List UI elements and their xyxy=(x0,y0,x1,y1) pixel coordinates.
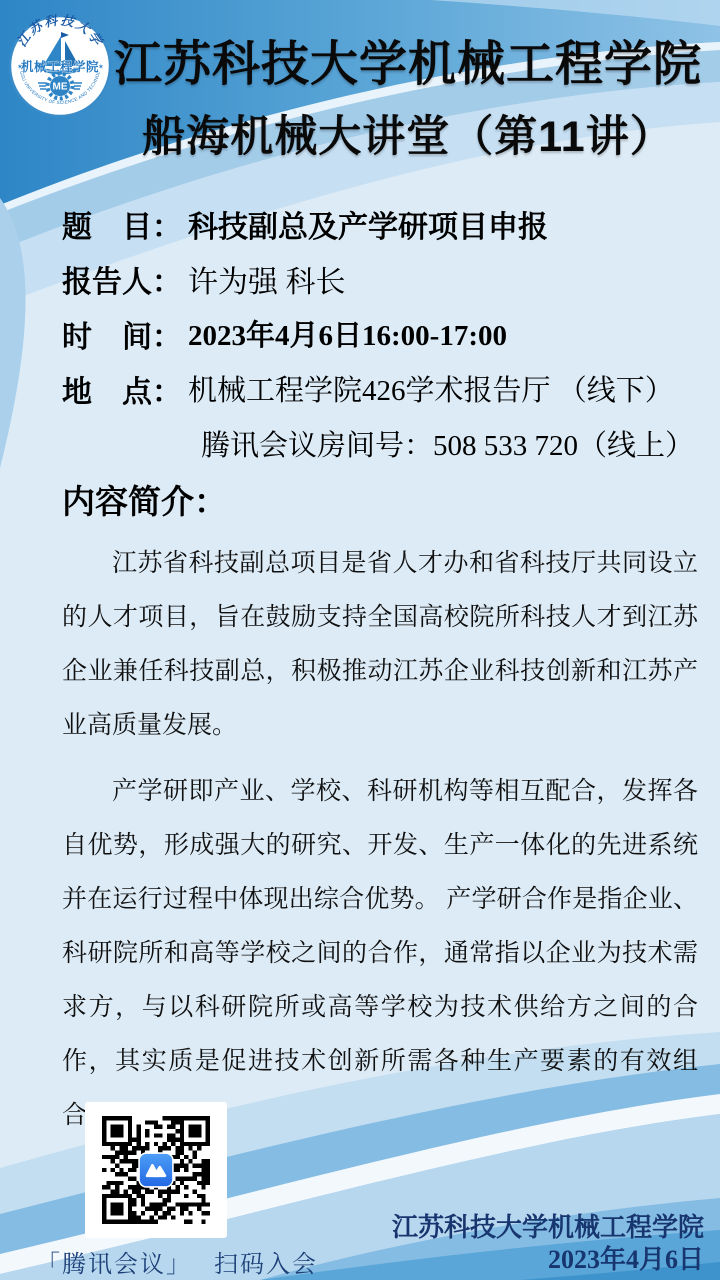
info-row-location: 地 点： 机械工程学院426学术报告厅 （线下） xyxy=(62,361,706,416)
info-value-location: 机械工程学院426学术报告厅 （线下） xyxy=(188,368,674,409)
footer-date: 2023年4月6日 xyxy=(392,1244,704,1276)
info-value-speaker: 许为强 科长 xyxy=(188,257,346,301)
footer-org: 江苏科技大学机械工程学院 xyxy=(392,1212,704,1244)
page-title: 江苏科技大学机械工程学院 xyxy=(100,26,716,104)
info-row-speaker: 报告人： 许为强 科长 xyxy=(62,251,706,306)
university-seal-icon: 江苏科技大学 机械工程学院 ME JIANGSU UNIVERSITY OF S… xyxy=(8,14,112,118)
footer-signature: 江苏科技大学机械工程学院 2023年4月6日 xyxy=(392,1212,704,1276)
info-label-time: 时 间： xyxy=(62,312,182,356)
tencent-meeting-logo-icon xyxy=(138,1152,174,1188)
logo-abbr: ME xyxy=(53,82,68,93)
info-row-topic: 题 目： 科技副总及产学研项目申报 xyxy=(62,196,706,251)
info-value-topic: 科技副总及产学研项目申报 xyxy=(188,202,548,246)
info-value-time: 2023年4月6日16:00-17:00 xyxy=(188,313,507,354)
info-row-time: 时 间： 2023年4月6日16:00-17:00 xyxy=(62,306,706,361)
abstract-paragraph-2: 产学研即产业、学校、科研机构等相互配合，发挥各自优势，形成强大的研究、开发、生产… xyxy=(62,765,698,1143)
info-label-location: 地 点： xyxy=(62,367,182,411)
abstract-paragraph-1: 江苏省科技副总项目是省人才办和省科技厅共同设立的人才项目，旨在鼓励支持全国高校院… xyxy=(62,537,698,753)
info-label-speaker: 报告人： xyxy=(62,257,182,301)
lecture-info: 题 目： 科技副总及产学研项目申报 报告人： 许为强 科长 时 间： 2023年… xyxy=(62,196,706,471)
university-seal: 江苏科技大学 机械工程学院 ME JIANGSU UNIVERSITY OF S… xyxy=(8,14,112,118)
qr-code xyxy=(85,1102,227,1238)
abstract-heading: 内容简介： xyxy=(62,476,698,523)
abstract-section: 内容简介： 江苏省科技副总项目是省人才办和省科技厅共同设立的人才项目，旨在鼓励支… xyxy=(62,476,698,1143)
info-label-topic: 题 目： xyxy=(62,202,182,246)
star-icon: ✶ xyxy=(17,63,23,71)
subtitle: 船海机械大讲堂（第11讲） xyxy=(100,104,716,170)
lecture-poster: 江苏科技大学 机械工程学院 ME JIANGSU UNIVERSITY OF S… xyxy=(0,0,720,1280)
info-row-meeting: 腾讯会议房间号：508 533 720（线上） xyxy=(62,416,706,471)
qr-caption: 「腾讯会议」 扫码入会 xyxy=(36,1244,318,1279)
info-value-meeting: 腾讯会议房间号：508 533 720（线上） xyxy=(201,423,694,464)
poster-title: 江苏科技大学机械工程学院 船海机械大讲堂（第11讲） xyxy=(100,26,716,170)
